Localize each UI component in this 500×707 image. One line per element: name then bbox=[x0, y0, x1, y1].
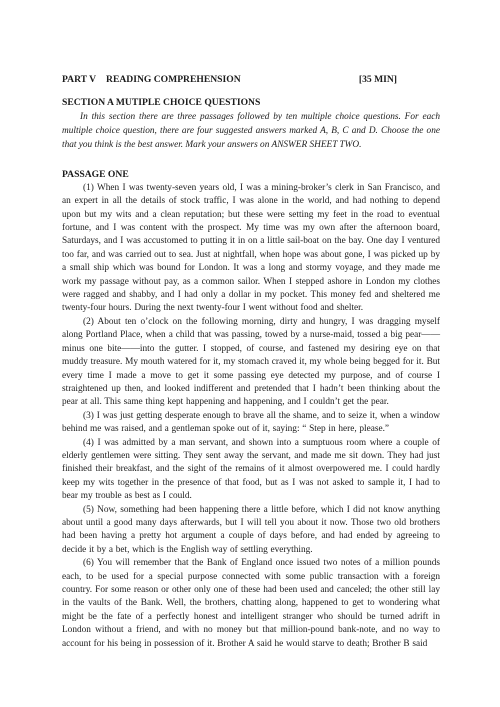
time-limit: [35 MIN] bbox=[359, 73, 397, 86]
passage-paragraph-1: (1) When I was twenty-seven years old, I… bbox=[62, 182, 440, 316]
passage-paragraph-3: (3) I was just getting desperate enough … bbox=[62, 410, 440, 437]
part-header-left: PART V READING COMPREHENSION bbox=[62, 73, 241, 86]
document-page: PART V READING COMPREHENSION [35 MIN] SE… bbox=[0, 0, 500, 707]
section-a-instructions: In this section there are three passages… bbox=[62, 110, 440, 152]
passage-one-body: (1) When I was twenty-seven years old, I… bbox=[62, 182, 440, 651]
part-label: PART V bbox=[62, 73, 96, 86]
part-title: READING COMPREHENSION bbox=[106, 73, 241, 86]
passage-paragraph-5: (5) Now, something had been happening th… bbox=[62, 504, 440, 558]
passage-paragraph-4: (4) I was admitted by a man servant, and… bbox=[62, 437, 440, 504]
part-header: PART V READING COMPREHENSION [35 MIN] bbox=[62, 73, 440, 86]
section-a-heading: SECTION A MUTIPLE CHOICE QUESTIONS bbox=[62, 96, 440, 110]
passage-paragraph-6: (6) You will remember that the Bank of E… bbox=[62, 557, 440, 651]
passage-paragraph-2: (2) About ten o’clock on the following m… bbox=[62, 316, 440, 410]
passage-one-title: PASSAGE ONE bbox=[62, 168, 440, 181]
